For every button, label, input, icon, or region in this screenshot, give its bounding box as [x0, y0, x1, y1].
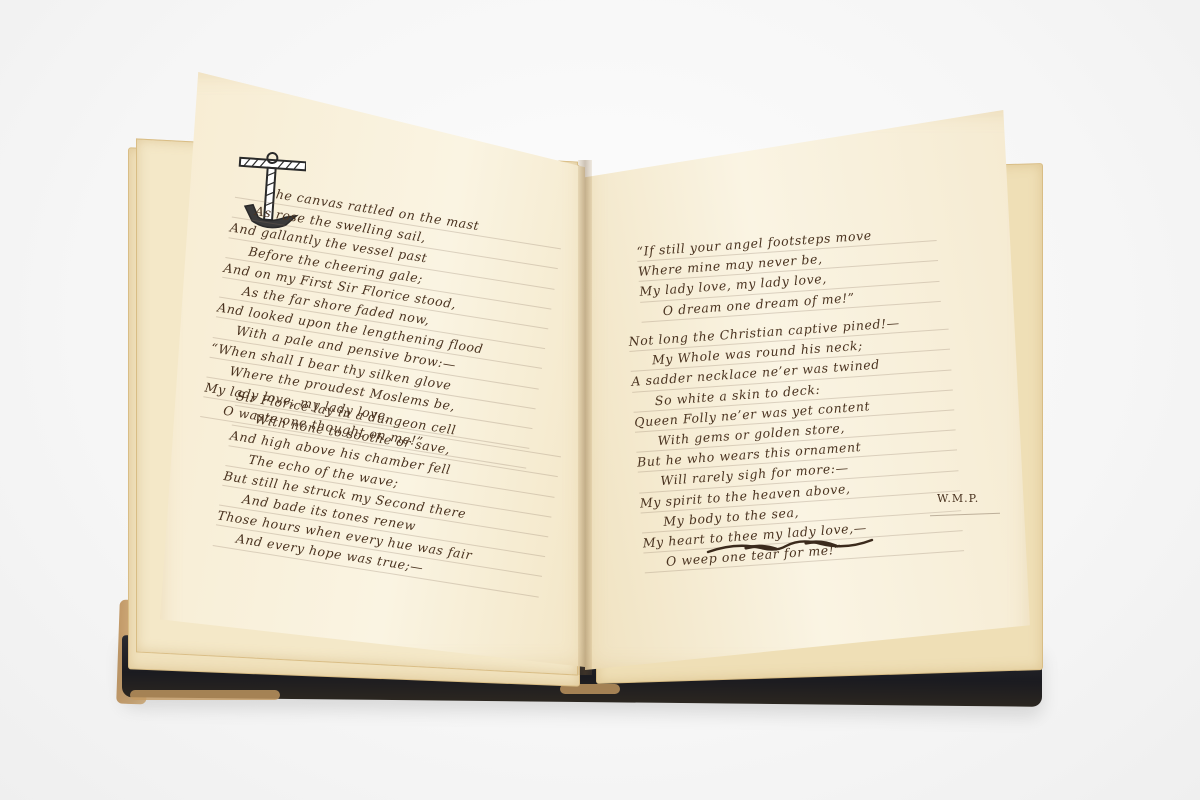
flourish-ornament-icon	[706, 534, 876, 558]
photo-scene: he canvas rattled on the mast As rose th…	[0, 0, 1200, 800]
signature: W.M.P.	[937, 492, 979, 505]
book-gutter	[578, 160, 592, 675]
cover-wear	[130, 690, 280, 700]
